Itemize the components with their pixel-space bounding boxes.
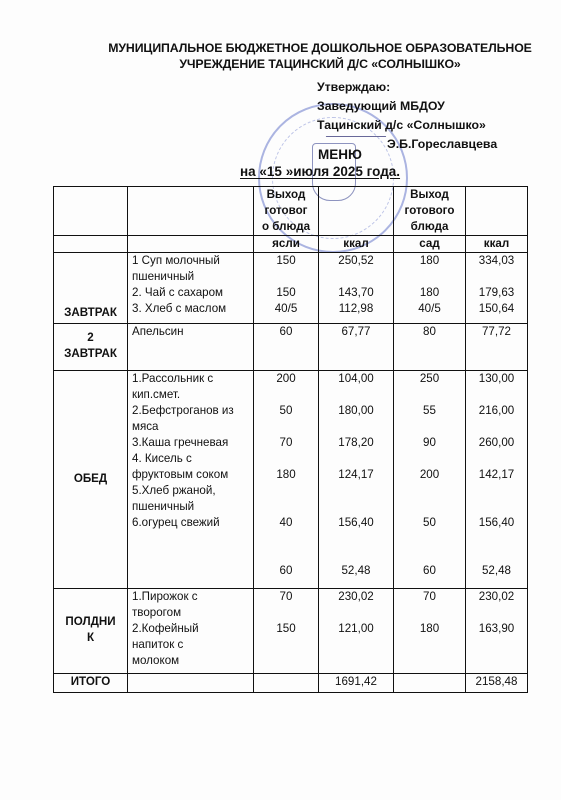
approver-name: Э.Б.Гореславцева [387, 137, 497, 151]
meal-name: ЗАВТРАК [54, 253, 128, 324]
nursery-kcal: 104,00180,00178,20124,17156,4052,48 [319, 371, 394, 589]
total-kcal-garden: 2158,48 [466, 674, 528, 693]
approver-position: Заведующий МБДОУ [317, 97, 497, 116]
nursery-kcal: 230,02121,00 [319, 589, 394, 674]
total-label: ИТОГО [54, 674, 128, 693]
menu-body: ЗАВТРАК1 Суп молочныйпшеничный2. Чай с с… [54, 253, 528, 674]
meal-name: ОБЕД [54, 371, 128, 589]
garden-yield: 70180 [394, 589, 466, 674]
table-subheader-row: ясли ккал сад ккал [54, 236, 528, 253]
subheader-kcal-garden: ккал [466, 236, 528, 253]
nursery-yield: 60 [254, 324, 319, 371]
table-row-lunch: ОБЕД1.Рассольник скип.смет.2.Бефстрогано… [54, 371, 528, 589]
organization-header: МУНИЦИПАЛЬНОЕ БЮДЖЕТНОЕ ДОШКОЛЬНОЕ ОБРАЗ… [80, 40, 560, 72]
dish-list: 1.Рассольник скип.смет.2.Бефстроганов из… [128, 371, 254, 589]
header-empty-kcal-garden [466, 187, 528, 236]
menu-title: МЕНЮ [240, 146, 400, 163]
subheader-cell [54, 236, 128, 253]
meal-name: 2ЗАВТРАК [54, 324, 128, 371]
approver-institution: Тацинский д/с «Солнышко» [317, 116, 497, 135]
approve-label: Утверждаю: [317, 78, 497, 97]
total-empty [254, 674, 319, 693]
subheader-garden: сад [394, 236, 466, 253]
total-empty [128, 674, 254, 693]
total-empty [394, 674, 466, 693]
table-row-breakfast: ЗАВТРАК1 Суп молочныйпшеничный2. Чай с с… [54, 253, 528, 324]
header-yield-nursery: Выход готовог о блюда [254, 187, 319, 236]
nursery-yield: 15015040/5 [254, 253, 319, 324]
table-row-second-breakfast: 2ЗАВТРАКАпельсин6067,778077,72 [54, 324, 528, 371]
nursery-yield: 70150 [254, 589, 319, 674]
header-empty-meal [54, 187, 128, 236]
garden-yield: 25055902005060 [394, 371, 466, 589]
garden-kcal: 334,03179,63150,64 [466, 253, 528, 324]
org-line-1: МУНИЦИПАЛЬНОЕ БЮДЖЕТНОЕ ДОШКОЛЬНОЕ ОБРАЗ… [80, 40, 560, 56]
subheader-cell [128, 236, 254, 253]
table-row-total: ИТОГО 1691,42 2158,48 [54, 674, 528, 693]
garden-yield: 80 [394, 324, 466, 371]
approval-block: Утверждаю: Заведующий МБДОУ Тацинский д/… [317, 78, 497, 154]
header-empty-kcal-nursery [319, 187, 394, 236]
subheader-kcal-nursery: ккал [319, 236, 394, 253]
total-kcal-nursery: 1691,42 [319, 674, 394, 693]
nursery-yield: 20050701804060 [254, 371, 319, 589]
meal-name: ПОЛДНИК [54, 589, 128, 674]
garden-yield: 18018040/5 [394, 253, 466, 324]
menu-date: на «15 »июля 2025 года. [240, 163, 400, 180]
menu-title-block: МЕНЮ на «15 »июля 2025 года. [240, 146, 400, 180]
header-empty-dish [128, 187, 254, 236]
header-yield-garden: Выход готового блюда [394, 187, 466, 236]
table-row-afternoon-snack: ПОЛДНИК1.Пирожок створогом2.Кофейныйнапи… [54, 589, 528, 674]
garden-kcal: 230,02163,90 [466, 589, 528, 674]
nursery-kcal: 250,52143,70112,98 [319, 253, 394, 324]
nursery-kcal: 67,77 [319, 324, 394, 371]
dish-list: Апельсин [128, 324, 254, 371]
dish-list: 1 Суп молочныйпшеничный2. Чай с сахаром3… [128, 253, 254, 324]
menu-document: МУНИЦИПАЛЬНОЕ БЮДЖЕТНОЕ ДОШКОЛЬНОЕ ОБРАЗ… [0, 0, 561, 800]
garden-kcal: 77,72 [466, 324, 528, 371]
table-header-row: Выход готовог о блюда Выход готового блю… [54, 187, 528, 236]
subheader-nursery: ясли [254, 236, 319, 253]
dish-list: 1.Пирожок створогом2.Кофейныйнапиток смо… [128, 589, 254, 674]
garden-kcal: 130,00216,00260,00142,17156,4052,48 [466, 371, 528, 589]
menu-table: Выход готовог о блюда Выход готового блю… [53, 186, 528, 693]
org-line-2: УЧРЕЖДЕНИЕ ТАЦИНСКИЙ Д/С «СОЛНЫШКО» [80, 56, 560, 72]
